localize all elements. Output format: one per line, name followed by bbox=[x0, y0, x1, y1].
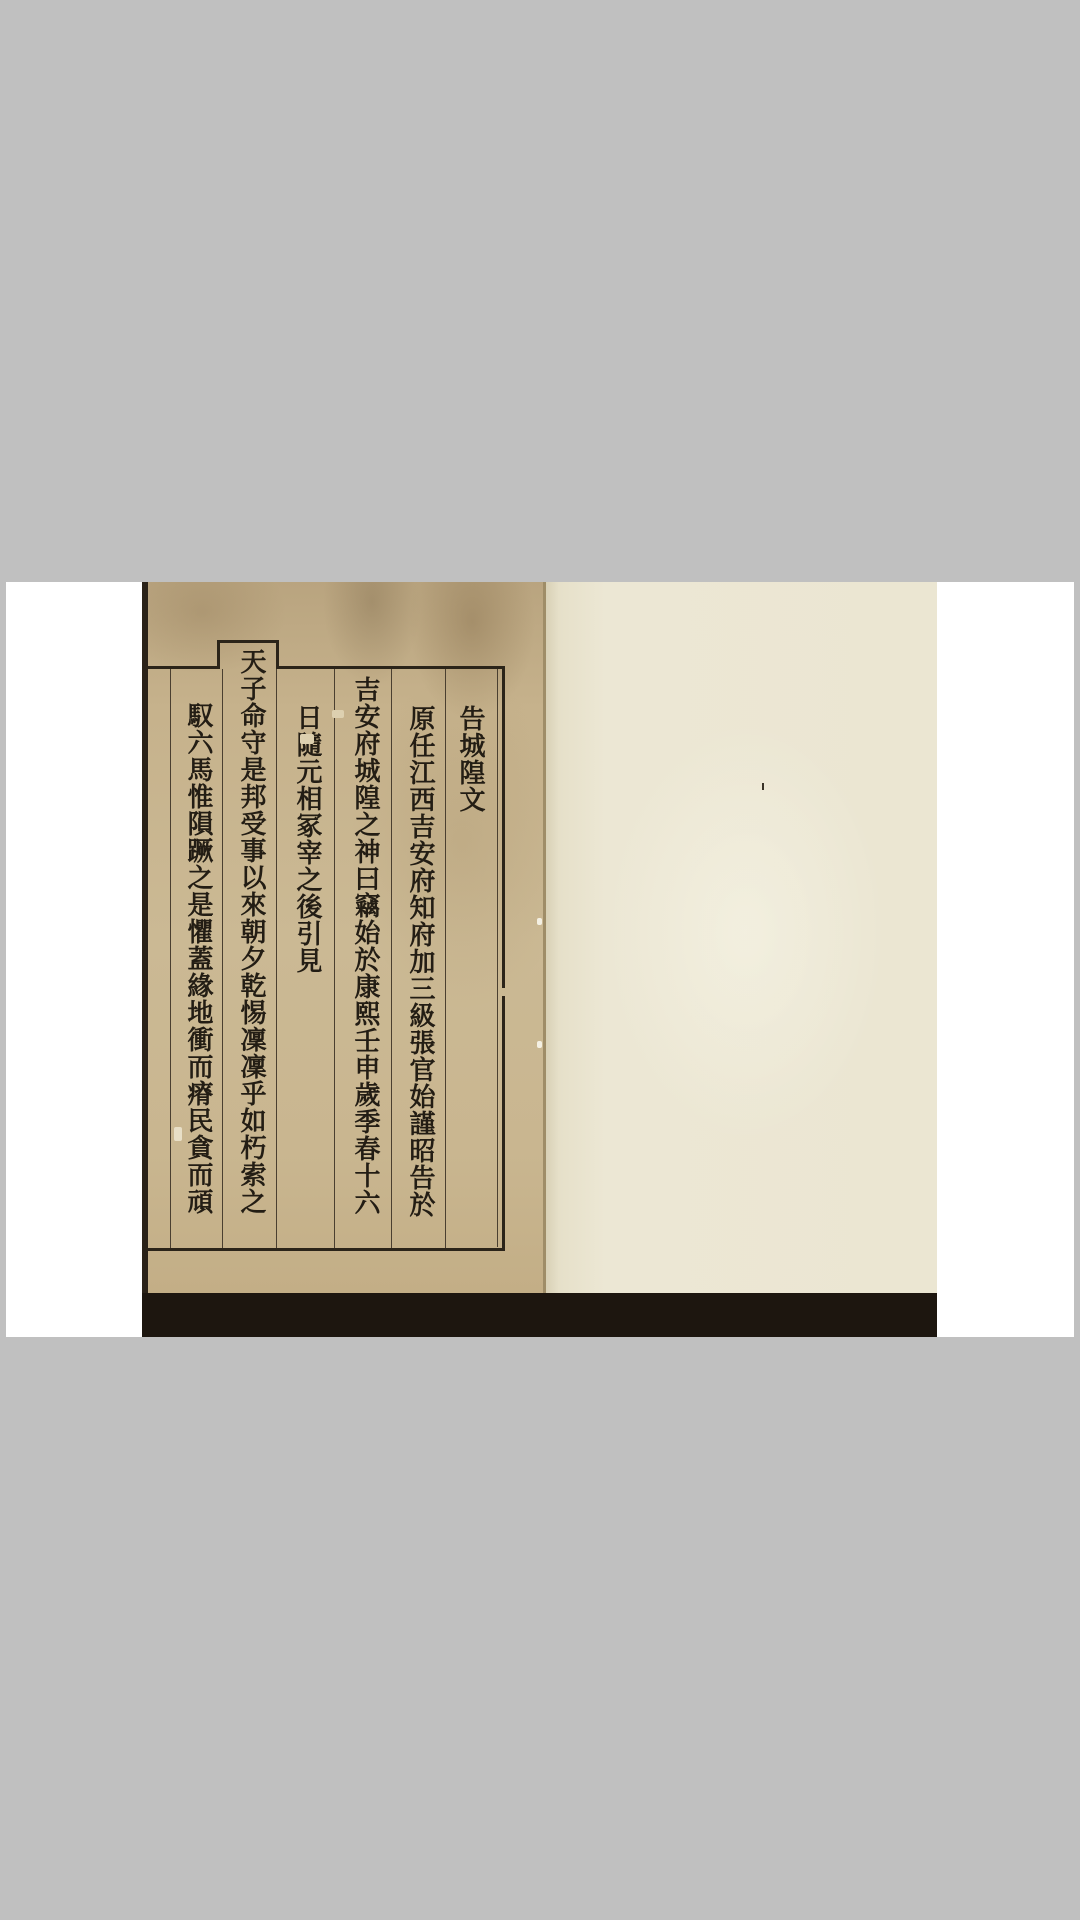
text-column-6: 馭六馬惟隕蹶之是懼蓋緣地衝而瘠民貪而頑 bbox=[181, 702, 211, 1215]
column-divider bbox=[391, 669, 392, 1248]
scan-bottom-border bbox=[142, 1293, 937, 1337]
frame-raised-bump-left bbox=[217, 640, 220, 669]
paper-hole bbox=[537, 1041, 542, 1048]
right-page-blank bbox=[545, 582, 937, 1293]
page-fold bbox=[543, 582, 546, 1293]
column-divider bbox=[445, 669, 446, 1248]
paper-stain-light bbox=[300, 734, 314, 744]
frame-right-border-inner bbox=[497, 669, 498, 1247]
frame-right-border-outer-lower bbox=[502, 996, 505, 1250]
ink-speck bbox=[762, 783, 764, 790]
book-scan-image: 告城隍文 原任江西吉安府知府加三級張官始謹昭告於 吉安府城隍之神曰竊始於康熙壬申… bbox=[142, 582, 937, 1337]
text-column-4: 日隨元相冢宰之後引見 bbox=[290, 704, 320, 974]
text-column-2: 原任江西吉安府知府加三級張官始謹昭告於 bbox=[403, 705, 433, 1218]
paper-hole bbox=[174, 1127, 182, 1141]
frame-raised-bump-right bbox=[276, 640, 279, 669]
paper-hole bbox=[537, 918, 542, 925]
frame-top-rule-left bbox=[145, 666, 219, 669]
column-divider bbox=[276, 669, 277, 1248]
left-binding-edge bbox=[142, 582, 148, 1293]
text-column-5-raised: 天子命守是邦受事以來朝夕乾惕凜凜乎如朽索之 bbox=[234, 648, 264, 1215]
column-divider bbox=[170, 669, 171, 1248]
frame-right-border-outer bbox=[502, 666, 505, 988]
column-divider bbox=[334, 669, 335, 1248]
text-column-3: 吉安府城隍之神曰竊始於康熙壬申歲季春十六 bbox=[348, 676, 378, 1216]
column-divider bbox=[222, 669, 223, 1248]
paper-stain-light bbox=[332, 710, 344, 718]
frame-bottom-rule bbox=[145, 1248, 505, 1251]
frame-raised-bump-top bbox=[217, 640, 279, 643]
text-column-title: 告城隍文 bbox=[453, 705, 483, 813]
